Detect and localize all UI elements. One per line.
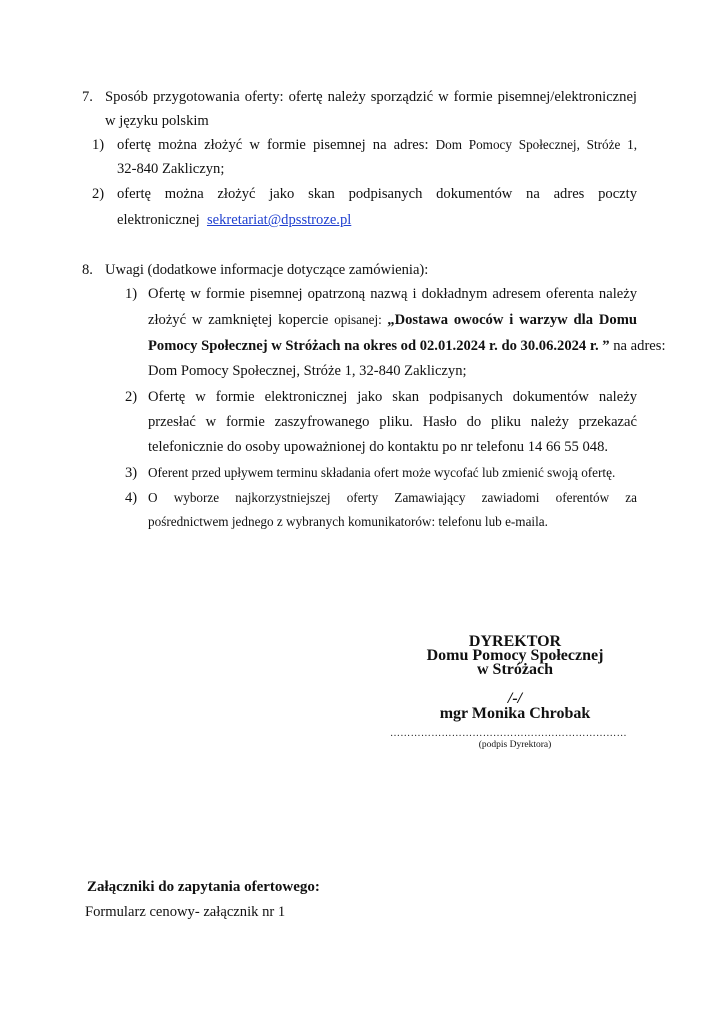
- list-item: Ofertę w formie pisemnej opatrzoną nazwą…: [148, 285, 637, 303]
- section-title-cont: w języku polskim: [105, 112, 209, 130]
- item-text: elektronicznej: [117, 212, 203, 228]
- order-title: „Dostawa owoców i warzyw dla Domu: [387, 312, 637, 328]
- item-text: na adres:: [610, 338, 666, 354]
- item-number: 4): [125, 489, 137, 507]
- item-number: 2): [92, 185, 104, 203]
- item-text-cont: Pomocy Społecznej w Stróżach na okres od…: [148, 337, 666, 355]
- item-text: ofertę można złożyć w formie pisemnej na…: [117, 137, 436, 153]
- item-text: złożyć w zamkniętej kopercie: [148, 312, 334, 328]
- item-number: 3): [125, 464, 137, 482]
- list-item: ofertę można złożyć w formie pisemnej na…: [117, 136, 637, 154]
- signature-name: mgr Monika Chrobak: [390, 705, 640, 723]
- item-text: opisanej:: [334, 312, 387, 327]
- list-item: Oferent przed upływem terminu składania …: [148, 464, 615, 482]
- section-title: Uwagi (dodatkowe informacje dotyczące za…: [105, 261, 428, 279]
- order-title: Pomocy Społecznej w Stróżach na okres od…: [148, 338, 610, 354]
- list-item: Ofertę w formie elektronicznej jako skan…: [148, 388, 637, 406]
- item-text-cont: złożyć w zamkniętej kopercie opisanej: „…: [148, 311, 637, 329]
- attachment-item: Formularz cenowy- załącznik nr 1: [85, 903, 285, 921]
- section-title: Sposób przygotowania oferty: ofertę nale…: [105, 88, 637, 106]
- item-number: 2): [125, 388, 137, 406]
- email-link[interactable]: sekretariat@dpsstroze.pl: [207, 212, 351, 228]
- signature-org-location: w Stróżach: [390, 661, 640, 679]
- signature-caption: (podpis Dyrektora): [390, 740, 640, 750]
- item-text-cont: telefonicznie do osoby upoważnionej do k…: [148, 438, 608, 456]
- section-number: 8.: [82, 261, 93, 279]
- list-item: ofertę można złożyć jako skan podpisanyc…: [117, 185, 637, 203]
- item-number: 1): [125, 285, 137, 303]
- item-text-cont: 32-840 Zakliczyn;: [117, 160, 224, 178]
- attachments-heading: Załączniki do zapytania ofertowego:: [87, 878, 320, 896]
- item-number: 1): [92, 136, 104, 154]
- signature-line: ……………………………………………………………: [390, 728, 634, 739]
- item-text-cont: Dom Pomocy Społecznej, Stróże 1, 32-840 …: [148, 362, 467, 380]
- document-page: 7. Sposób przygotowania oferty: ofertę n…: [0, 0, 724, 1024]
- item-text-cont: pośrednictwem jednego z wybranych komuni…: [148, 513, 548, 531]
- item-text-cont: przesłać w formie zaszyfrowanego pliku. …: [148, 413, 637, 431]
- address-text: Dom Pomocy Społecznej, Stróże 1,: [436, 137, 637, 152]
- item-text-cont: elektronicznej sekretariat@dpsstroze.pl: [117, 211, 351, 229]
- list-item: O wyborze najkorzystniejszej oferty Zama…: [148, 489, 637, 507]
- section-number: 7.: [82, 88, 93, 106]
